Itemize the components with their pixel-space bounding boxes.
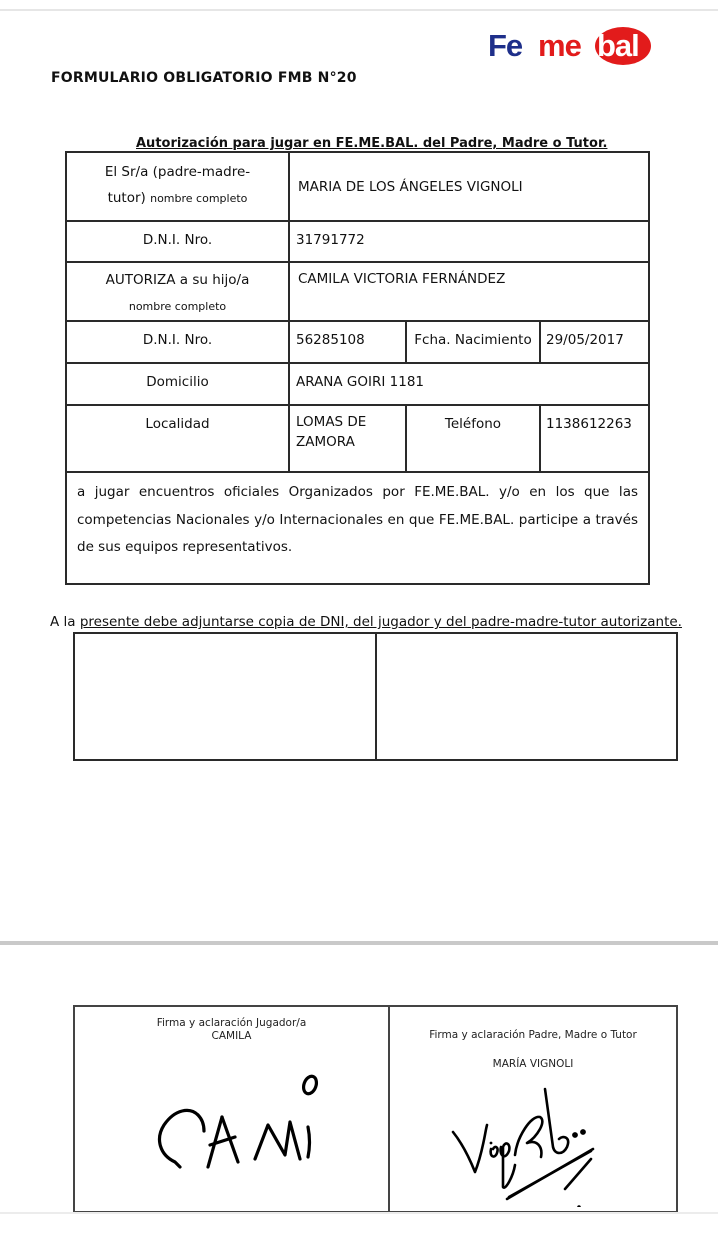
form-title: FORMULARIO OBLIGATORIO FMB N°20 bbox=[51, 70, 357, 86]
phone-label: Teléfono bbox=[406, 405, 540, 472]
player-name: CAMILA bbox=[75, 1030, 388, 1042]
guardian-dni-row: D.N.I. Nro. 31791772 bbox=[66, 221, 649, 262]
address-label: Domicilio bbox=[66, 363, 289, 405]
locality-row: Localidad LOMAS DE ZAMORA Teléfono 11386… bbox=[66, 405, 649, 472]
page-break-divider bbox=[0, 941, 718, 945]
bottom-divider bbox=[0, 1212, 718, 1214]
address-row: Domicilio ARANA GOIRI 1181 bbox=[66, 363, 649, 405]
child-name-row: AUTORIZA a su hijo/a nombre completo CAM… bbox=[66, 262, 649, 321]
phone-value: 1138612263 bbox=[540, 405, 649, 472]
locality-label: Localidad bbox=[66, 405, 289, 472]
child-name-value: CAMILA VICTORIA FERNÁNDEZ bbox=[289, 262, 649, 321]
logo-part-me: me bbox=[538, 28, 581, 64]
attachment-note: A la presente debe adjuntarse copia de D… bbox=[50, 614, 682, 630]
logo-part-fe: Fe bbox=[488, 28, 522, 64]
femebal-logo: Fe me bal bbox=[488, 28, 658, 68]
birth-date-label: Fcha. Nacimiento bbox=[406, 321, 540, 363]
guardian-signature-cell: Firma y aclaración Padre, Madre o Tutor … bbox=[390, 1007, 676, 1211]
dni-copy-box bbox=[73, 632, 678, 761]
guardian-dni-copy-area bbox=[375, 634, 677, 759]
signature-box: Firma y aclaración Jugador/a CAMILA Firm… bbox=[73, 1005, 678, 1213]
guardian-signature-drawing bbox=[445, 1077, 645, 1207]
address-value: ARANA GOIRI 1181 bbox=[289, 363, 649, 405]
player-signature-label: Firma y aclaración Jugador/a bbox=[75, 1017, 388, 1029]
guardian-dni-label: D.N.I. Nro. bbox=[66, 221, 289, 262]
authorization-table: El Sr/a (padre-madre- tutor) nombre comp… bbox=[65, 151, 650, 585]
authorization-title: Autorización para jugar en FE.ME.BAL. de… bbox=[136, 136, 607, 151]
guardian-name-value: MARIA DE LOS ÁNGELES VIGNOLI bbox=[289, 152, 649, 221]
guardian-name: MARÍA VIGNOLI bbox=[390, 1058, 676, 1070]
guardian-name-row: El Sr/a (padre-madre- tutor) nombre comp… bbox=[66, 152, 649, 221]
child-dni-label: D.N.I. Nro. bbox=[66, 321, 289, 363]
authorization-text-row: a jugar encuentros oficiales Organizados… bbox=[66, 472, 649, 584]
locality-value: LOMAS DE ZAMORA bbox=[289, 405, 406, 472]
child-dni-value: 56285108 bbox=[289, 321, 406, 363]
logo-part-bal: bal bbox=[597, 28, 639, 64]
top-divider bbox=[0, 9, 718, 11]
child-dni-row: D.N.I. Nro. 56285108 Fcha. Nacimiento 29… bbox=[66, 321, 649, 363]
guardian-dni-value: 31791772 bbox=[289, 221, 649, 262]
birth-date-value: 29/05/2017 bbox=[540, 321, 649, 363]
guardian-name-label: El Sr/a (padre-madre- tutor) nombre comp… bbox=[66, 152, 289, 221]
player-dni-copy-area bbox=[75, 634, 375, 759]
authorization-paragraph: a jugar encuentros oficiales Organizados… bbox=[66, 472, 649, 584]
child-name-label: AUTORIZA a su hijo/a nombre completo bbox=[66, 262, 289, 321]
player-signature-drawing bbox=[150, 1067, 320, 1177]
player-signature-cell: Firma y aclaración Jugador/a CAMILA bbox=[75, 1007, 390, 1211]
guardian-signature-label: Firma y aclaración Padre, Madre o Tutor bbox=[390, 1029, 676, 1041]
